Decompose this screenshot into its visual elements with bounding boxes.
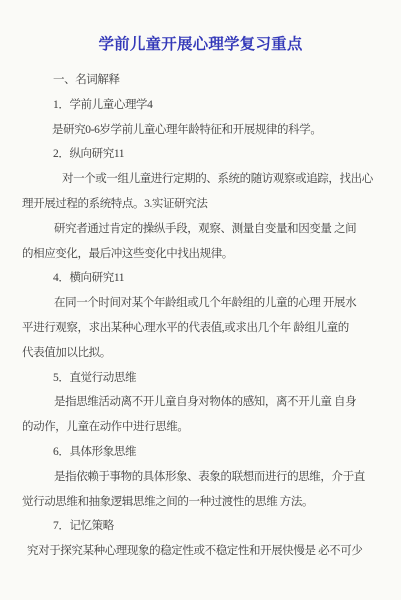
term-heading-5: 5．直觉行动思维 bbox=[0, 366, 401, 391]
body-line: 是指思维活动离不开儿童自身对物体的感知，离不开儿童 自身 bbox=[0, 390, 401, 415]
body-line: 是研究0-6岁学前儿童心理年龄特征和开展规律的科学。 bbox=[0, 118, 401, 143]
body-line: 研究者通过肯定的操纵手段，观察、测量自变量和因变量 之间 bbox=[0, 217, 401, 242]
body-line: 的动作，儿童在动作中进行思维。 bbox=[0, 415, 401, 440]
body-line: 在同一个时间对某个年龄组或几个年龄组的儿童的心理 开展水 bbox=[0, 291, 401, 316]
body-line: 理开展过程的系统特点。3.实证研究法 bbox=[0, 192, 401, 217]
term-heading-2: 2．纵向研究11 bbox=[0, 142, 401, 167]
body-line: 的相应变化，最后冲这些变化中找出规律。 bbox=[0, 242, 401, 267]
document-page: 学前儿童开展心理学复习重点 一、名词解释 1．学前儿童心理学4 是研究0-6岁学… bbox=[0, 0, 401, 600]
body-line: 觉行动思维和抽象逻辑思维之间的一种过渡性的思维 方法。 bbox=[0, 490, 401, 515]
section-heading: 一、名词解释 bbox=[0, 68, 401, 93]
term-heading-1: 1．学前儿童心理学4 bbox=[0, 93, 401, 118]
document-body: 一、名词解释 1．学前儿童心理学4 是研究0-6岁学前儿童心理年龄特征和开展规律… bbox=[0, 68, 401, 564]
body-line: 代表值加以比拟。 bbox=[0, 341, 401, 366]
body-line: 平进行观察，求出某种心理水平的代表值,或求出几个年 龄组儿童的 bbox=[0, 316, 401, 341]
body-line: 是指依赖于事物的具体形象、表象的联想而进行的思维，介于直 bbox=[0, 465, 401, 490]
term-heading-7: 7．记忆策略 bbox=[0, 514, 401, 539]
term-heading-6: 6．具体形象思维 bbox=[0, 440, 401, 465]
body-line: 对一个或一组儿童进行定期的、系统的随访观察或追踪，找出心 bbox=[0, 167, 401, 192]
body-line: 究对于探究某种心理现象的稳定性或不稳定性和开展快慢是 必不可少 bbox=[0, 539, 401, 564]
term-heading-4: 4．横向研究11 bbox=[0, 266, 401, 291]
document-title: 学前儿童开展心理学复习重点 bbox=[0, 34, 401, 56]
